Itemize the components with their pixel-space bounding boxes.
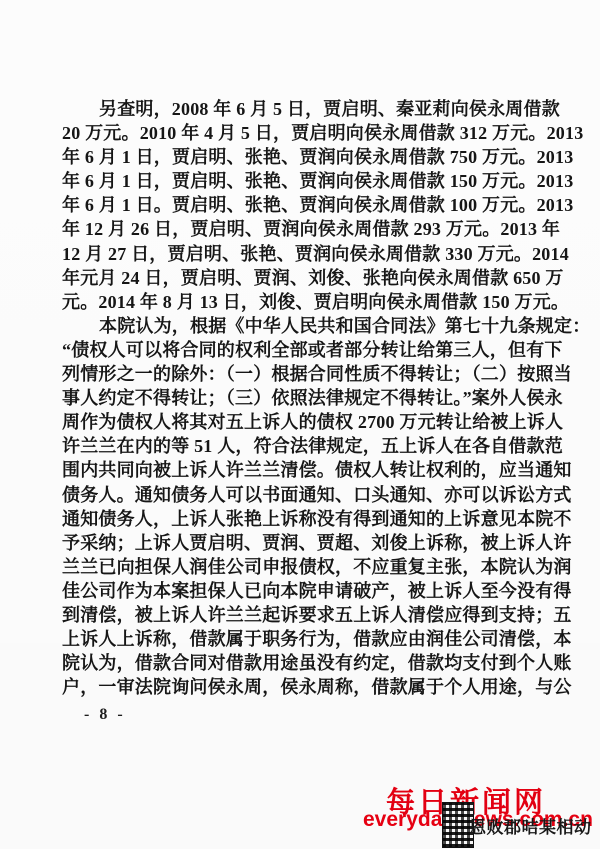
text-line: 本院认为，根据《中华人民共和国合同法》第七十九条规定： — [62, 314, 538, 338]
text-line: 围内共同向被上诉人许兰兰清偿。债权人转让权利的，应当通知 — [62, 458, 538, 482]
text-line: 年 6 月 1 日，贾启明、张艳、贾润向侯永周借款 150 万元。2013 — [62, 169, 538, 193]
page-number: - 8 - — [84, 706, 126, 724]
text-line: 年 12 月 26 日，贾启明、贾润向侯永周借款 293 万元。2013 年 — [62, 217, 538, 241]
scanned-document-page: 另查明，2008 年 6 月 5 日，贾启明、秦亚莉向侯永周借款20 万元。20… — [0, 0, 600, 849]
text-line: 佳公司作为本案担保人已向本院申请破产，被上诉人至今没有得 — [62, 579, 538, 603]
text-line: 周作为债权人将其对五上诉人的债权 2700 万元转让给被上诉人 — [62, 410, 538, 434]
bleed-through-stamp-text: 恩败郡咭某相动 — [469, 813, 592, 838]
text-line: 兰兰已向担保人润佳公司申报债权，不应重复主张，本院认为润 — [62, 555, 538, 579]
text-line: 上诉人上诉称，借款属于职务行为，借款应由润佳公司清偿，本 — [62, 627, 538, 651]
text-line: 予采纳；上诉人贾启明、贾润、贾超、刘俊上诉称，被上诉人许 — [62, 531, 538, 555]
text-line: 通知债务人，上诉人张艳上诉称没有得到通知的上诉意见本院不 — [62, 507, 538, 531]
text-line: 年 6 月 1 日，贾启明、张艳、贾润向侯永周借款 750 万元。2013 — [62, 145, 538, 169]
text-line: 另查明，2008 年 6 月 5 日，贾启明、秦亚莉向侯永周借款 — [62, 97, 538, 121]
text-line: 20 万元。2010 年 4 月 5 日，贾启明向侯永周借款 312 万元。20… — [62, 121, 538, 145]
text-line: “债权人可以将合同的权利全部或者部分转让给第三人，但有下 — [62, 338, 538, 362]
text-line: 债务人。通知债务人可以书面通知、口头通知、亦可以诉讼方式 — [62, 483, 538, 507]
text-line: 12 月 27 日，贾启明、张艳、贾润向侯永周借款 330 万元。2014 — [62, 242, 538, 266]
text-line: 户，一审法院询问侯永周，侯永周称，借款属于个人用途，与公 — [62, 675, 538, 699]
text-line: 元。2014 年 8 月 13 日，刘俊、贾启明向侯永周借款 150 万元。 — [62, 290, 538, 314]
text-line: 年 6 月 1 日。贾启明、张艳、贾润向侯永周借款 100 万元。2013 — [62, 193, 538, 217]
text-line: 事人约定不得转让；（三）依照法律规定不得转让。”案外人侯永 — [62, 386, 538, 410]
text-line: 许兰兰在内的等 51 人，符合法律规定，五上诉人在各自借款范 — [62, 434, 538, 458]
text-line: 院认为，借款合同对借款用途虽没有约定，借款均支付到个人账 — [62, 651, 538, 675]
text-line: 到清偿，被上诉人许兰兰起诉要求五上诉人清偿应得到支持；五 — [62, 603, 538, 627]
text-line: 列情形之一的除外：（一）根据合同性质不得转让；（二）按照当 — [62, 362, 538, 386]
body-text: 另查明，2008 年 6 月 5 日，贾启明、秦亚莉向侯永周借款20 万元。20… — [62, 97, 538, 699]
text-line: 年元月 24 日，贾启明、贾润、刘俊、张艳向侯永周借款 650 万 — [62, 266, 538, 290]
